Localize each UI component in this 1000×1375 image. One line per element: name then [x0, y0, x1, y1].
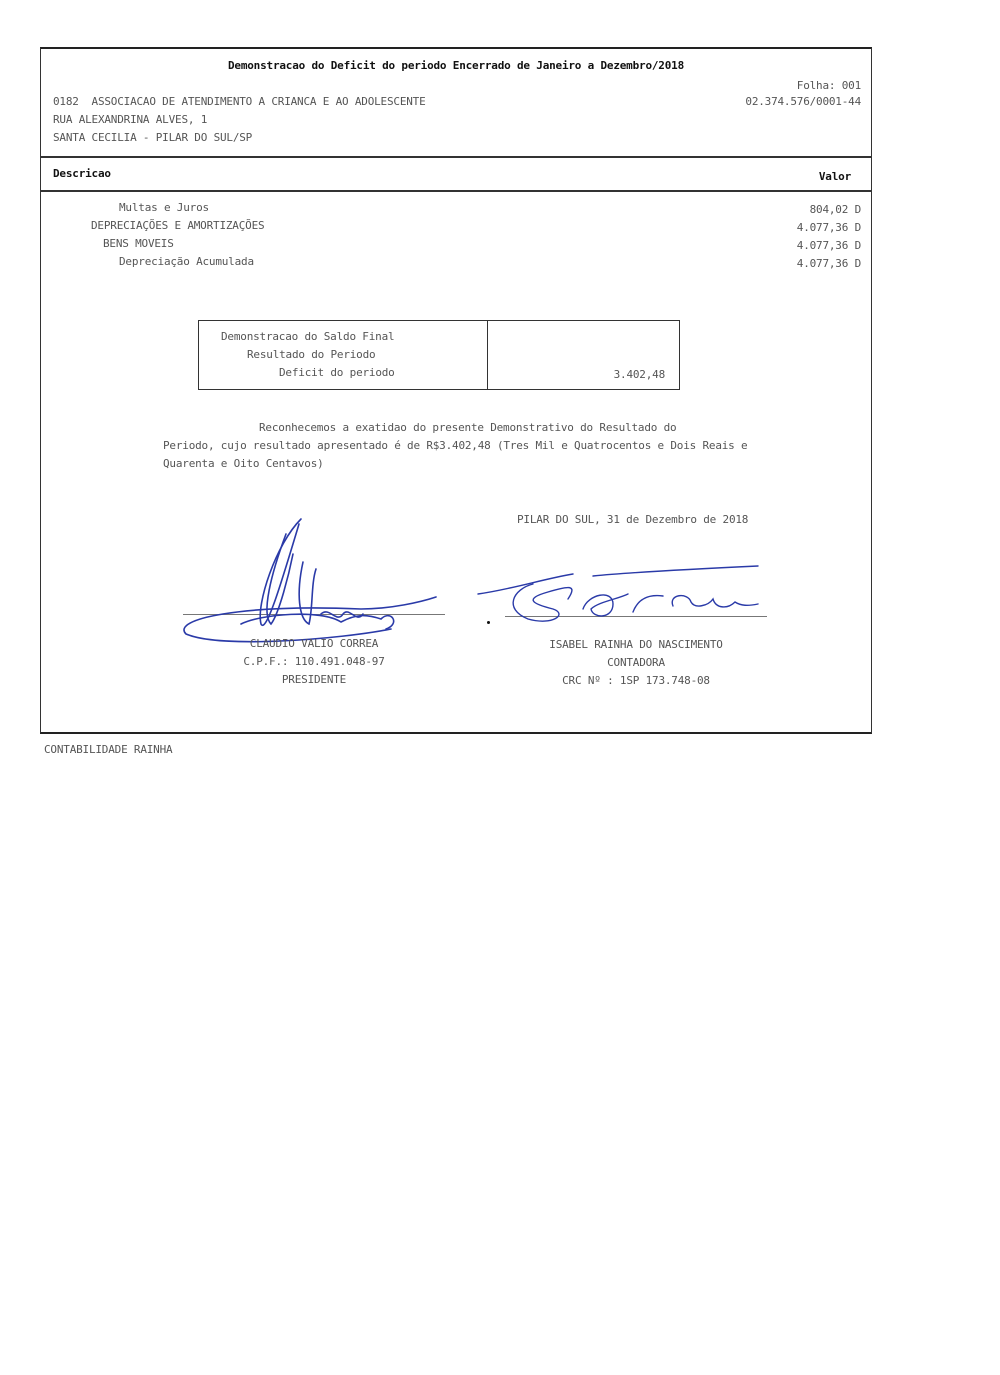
statement-line-2: Periodo, cujo resultado apresentado é de… — [163, 439, 747, 452]
row-value: 4.077,36 D — [797, 239, 861, 252]
accountant-role: CONTADORA — [505, 656, 767, 669]
row-value: 4.077,36 D — [797, 257, 861, 270]
place-date: PILAR DO SUL, 31 de Dezembro de 2018 — [517, 513, 748, 526]
document-title: Demonstracao do Deficit do periodo Encer… — [41, 59, 871, 72]
row-description: DEPRECIAÇÕES E AMORTIZAÇÕES — [91, 219, 264, 232]
accountant-signature — [473, 564, 773, 634]
header-divider — [41, 156, 871, 158]
accountant-name: ISABEL RAINHA DO NASCIMENTO — [505, 638, 767, 651]
column-header-description: Descricao — [53, 167, 111, 180]
sheet-number: Folha: 001 — [797, 79, 861, 92]
president-signature — [181, 514, 421, 649]
entity-name: 0182 ASSOCIACAO DE ATENDIMENTO A CRIANCA… — [53, 95, 426, 108]
row-value: 4.077,36 D — [797, 221, 861, 234]
document-frame: Demonstracao do Deficit do periodo Encer… — [40, 47, 872, 734]
address: RUA ALEXANDRINA ALVES, 1 — [53, 113, 207, 126]
row-value: 804,02 D — [810, 203, 861, 216]
saldo-divider — [487, 321, 488, 389]
saldo-line-2: Resultado do Periodo — [247, 348, 375, 361]
footer-company: CONTABILIDADE RAINHA — [44, 743, 172, 756]
row-description: Depreciação Acumulada — [119, 255, 254, 268]
statement-line-1: Reconhecemos a exatidao do presente Demo… — [259, 421, 676, 434]
row-description: BENS MOVEIS — [103, 237, 174, 250]
cnpj: 02.374.576/0001-44 — [745, 95, 861, 108]
saldo-line-1: Demonstracao do Saldo Final — [221, 330, 394, 343]
saldo-final-box: Demonstracao do Saldo Final Resultado do… — [198, 320, 680, 390]
president-cpf: C.P.F.: 110.491.048-97 — [183, 655, 445, 668]
city: SANTA CECILIA - PILAR DO SUL/SP — [53, 131, 252, 144]
saldo-value: 3.402,48 — [614, 368, 665, 381]
president-role: PRESIDENTE — [183, 673, 445, 686]
table-header-divider — [41, 190, 871, 192]
ink-dot — [487, 621, 490, 624]
accountant-crc: CRC Nº : 1SP 173.748-08 — [505, 674, 767, 687]
president-name: CLAUDIO VALIO CORREA — [183, 637, 445, 650]
row-description: Multas e Juros — [119, 201, 209, 214]
column-header-value: Valor — [819, 170, 851, 183]
saldo-line-3: Deficit do periodo — [279, 366, 395, 379]
statement-line-3: Quarenta e Oito Centavos) — [163, 457, 324, 470]
